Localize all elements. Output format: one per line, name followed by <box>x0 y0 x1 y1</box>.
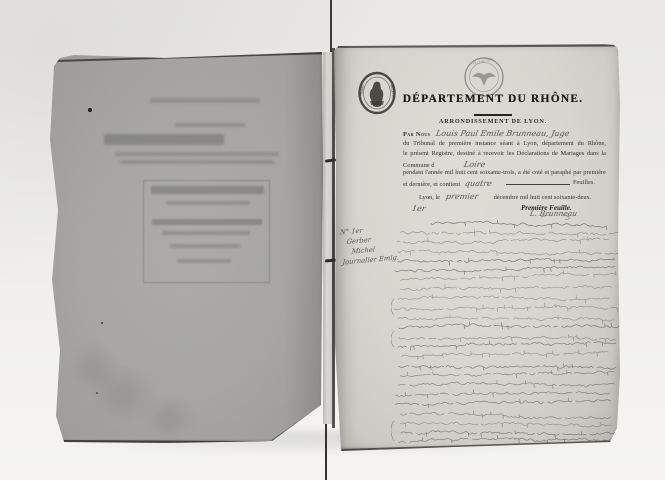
binding-thread-bottom <box>325 424 327 480</box>
fingerprint-smudge <box>136 400 202 434</box>
binding-thread-top <box>330 0 332 55</box>
margin-brace <box>391 331 394 347</box>
ink-speck <box>101 322 103 324</box>
handwritten-text-line <box>401 350 608 360</box>
handwritten-text-line <box>399 321 620 331</box>
handwritten-text-line <box>398 380 617 390</box>
contient-label: et dernière, et contient <box>403 181 460 188</box>
handwritten-text-line <box>398 314 613 324</box>
signature-flourish <box>541 215 570 220</box>
showthrough-box <box>143 180 270 283</box>
ink-speck <box>88 108 92 112</box>
handwritten-text-line <box>400 270 616 282</box>
date-day-handwritten: premier <box>445 192 479 201</box>
feuilles-label: Feuilles. <box>573 179 595 186</box>
showthrough-line <box>150 98 260 103</box>
handwritten-text-line <box>395 266 615 275</box>
fingerprint-smudge <box>72 340 116 396</box>
scanned-register-spread: TIMBRE IMPÉRIAL VILLE DE LYON DÉPARTEMEN… <box>0 0 665 480</box>
handwritten-body-svg <box>391 215 623 451</box>
header-rule <box>474 114 512 116</box>
department-title: DÉPARTEMENT DU RHÔNE. <box>378 93 608 105</box>
handwritten-text-line <box>396 389 612 399</box>
handwritten-text-line <box>400 369 614 379</box>
showthrough-line <box>115 152 279 156</box>
showthrough-line <box>175 123 245 127</box>
commune-label: Commune d <box>403 162 434 169</box>
handwritten-text-line <box>398 256 615 265</box>
eagle-figure <box>472 73 496 86</box>
showthrough-heading <box>104 134 224 145</box>
date-place-label: Lyon, le <box>419 194 440 201</box>
form-line-registre: le présent Registre, destiné à recevoir … <box>403 150 606 157</box>
handwritten-text-line <box>401 410 611 420</box>
handwritten-text-line <box>398 293 609 305</box>
handwritten-text-line <box>394 303 617 314</box>
showthrough-line <box>152 219 262 225</box>
ville-de-lyon-stamp: VILLE DE LYON <box>463 56 505 98</box>
margin-brace <box>391 421 394 441</box>
handwritten-text-line <box>400 284 611 293</box>
right-page: TIMBRE IMPÉRIAL VILLE DE LYON DÉPARTEMEN… <box>333 43 623 452</box>
arrondissement-heading: ARRONDISSEMENT DE LYON. <box>378 118 608 125</box>
gutter-shadow-line <box>332 48 335 428</box>
handwritten-text-line <box>398 340 616 351</box>
handwritten-text-line <box>401 229 620 237</box>
page-top-edge <box>338 45 618 48</box>
handwritten-text-line <box>397 237 609 246</box>
showthrough-line <box>166 201 250 205</box>
showthrough-line <box>120 160 274 164</box>
act-number-handwritten: 1er <box>411 204 426 213</box>
stamp-left-text: TIMBRE <box>359 84 365 96</box>
handwritten-text-line <box>400 422 611 428</box>
showthrough-line <box>162 231 250 235</box>
date-rest-label: décembre mil huit cent soixante-deux. <box>494 194 592 201</box>
commune-handwritten: Loire <box>463 160 486 169</box>
showthrough-box-heading <box>151 186 264 194</box>
feuilles-count-handwritten: quatre <box>464 179 492 188</box>
form-line-annee: pendant l'année mil huit cent soixante-t… <box>403 169 606 176</box>
showthrough-line <box>170 244 240 248</box>
handwritten-text-line <box>431 220 607 230</box>
magistrate-name-handwritten: Louis Paul Emile Brunneau, Juge <box>435 129 570 138</box>
form-line-tribunal: du Tribunal de première instance séant à… <box>403 140 606 147</box>
gutter-page-edge <box>323 52 332 424</box>
par-nous-label: Par Nous <box>403 131 430 138</box>
blank-fill-rule <box>506 184 570 185</box>
left-page <box>44 50 324 444</box>
handwritten-text-line <box>395 398 610 408</box>
margin-brace <box>391 299 394 315</box>
showthrough-line <box>177 259 231 263</box>
handwritten-text-line <box>398 249 618 256</box>
handwritten-text-line <box>399 334 616 343</box>
handwritten-text-line <box>398 364 615 371</box>
